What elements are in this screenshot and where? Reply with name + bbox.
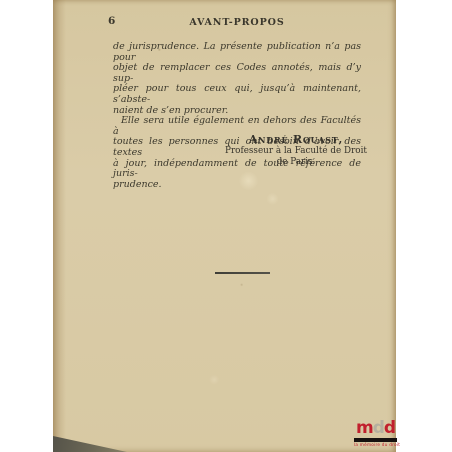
body-line: prudence.	[113, 180, 361, 191]
scanned-book-page: 6 AVANT-PROPOS de jurisprudence. La prés…	[53, 0, 396, 452]
bookseller-watermark-logo: mdd la mémoire du droit	[354, 420, 397, 448]
watermark-letter-m: m	[356, 418, 373, 438]
body-line: de jurisprudence. La présente publicatio…	[113, 42, 361, 63]
signature-title-line2: de Paris.	[171, 157, 421, 168]
running-header: AVANT-PROPOS	[113, 17, 361, 28]
signature-block: André Rouast, Professeur à la Faculté de…	[171, 133, 421, 167]
page-gutter-shadow	[53, 0, 66, 452]
signature-title-line1: Professeur à la Faculté de Droit	[171, 146, 421, 157]
body-line: pléer pour tous ceux qui, jusqu’à mainte…	[113, 84, 361, 105]
watermark-letter-d2: d	[384, 418, 395, 438]
watermark-letters: mdd	[354, 420, 397, 437]
watermark-letter-d1: d	[373, 418, 384, 438]
signature-name: André Rouast,	[171, 133, 421, 146]
body-text: de jurisprudence. La présente publicatio…	[113, 42, 361, 190]
body-line: objet de remplacer ces Codes annotés, ma…	[113, 63, 361, 84]
section-separator-rule	[215, 272, 270, 274]
watermark-tagline: la mémoire du droit	[354, 443, 397, 448]
